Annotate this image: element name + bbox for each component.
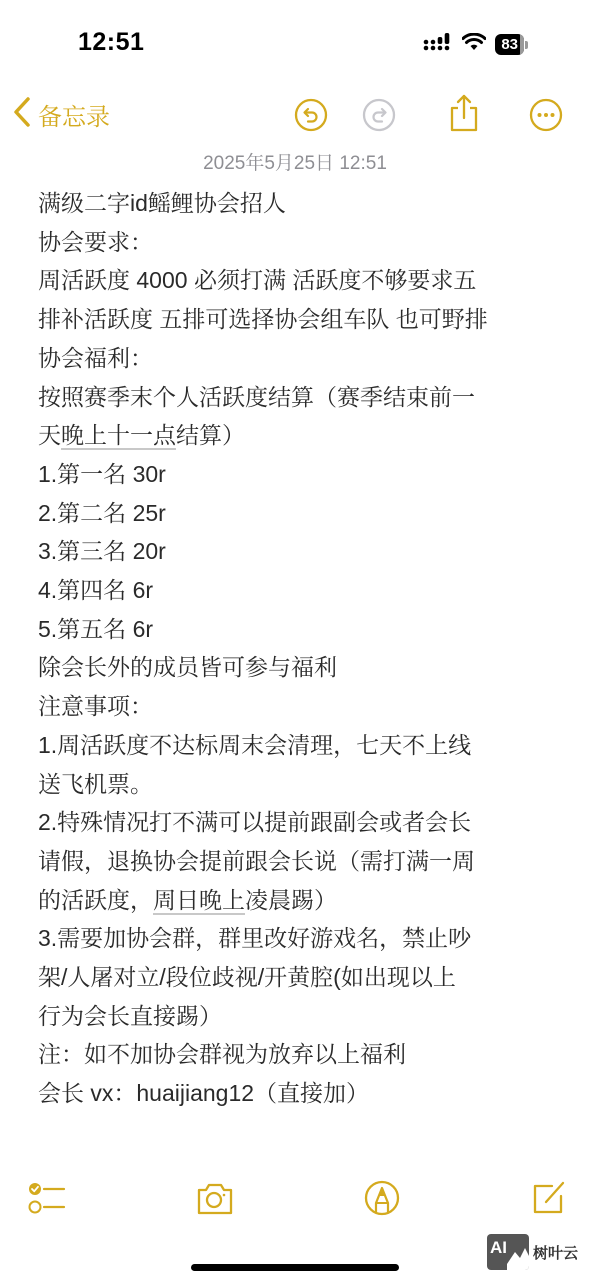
markup-icon [363,1206,403,1223]
note-line: 会长 vx：huaijiang12（直接加） [38,1074,558,1113]
note-line: 请假，退换协会提前跟会长说（需打满一周 [38,842,558,881]
share-icon [446,120,482,137]
note-title: 满级二字id鳐鲤协会招人 [38,184,558,223]
wifi-icon [462,33,486,56]
watermark-logo-icon: AI [487,1234,529,1270]
undo-icon [293,120,329,137]
more-button[interactable] [528,97,564,133]
note-line: 3.需要加协会群，群里改好游戏名，禁止吵 [38,919,558,958]
back-label: 备忘录 [38,97,110,132]
home-indicator[interactable] [191,1264,399,1271]
chevron-left-icon [12,96,32,133]
note-line: 1.周活跃度不达标周末会清理，七天不上线 [38,726,558,765]
bottom-toolbar [0,1175,590,1219]
note-line: 协会福利： [38,339,558,378]
camera-icon [195,1204,235,1221]
note-date: 2025年5月25日 12:51 [0,148,590,175]
note-line: 协会要求： [38,223,558,262]
battery-level: 83 [495,34,524,55]
note-line: 3.第三名 20r [38,532,558,571]
note-line: 除会长外的成员皆可参与福利 [38,648,558,687]
compose-button[interactable] [530,1179,568,1217]
redo-button[interactable] [361,97,397,133]
camera-button[interactable] [195,1179,233,1217]
checklist-button[interactable] [27,1179,65,1217]
watermark: AI 树叶云 [487,1234,578,1270]
note-line: 注：如不加协会群视为放弃以上福利 [38,1035,558,1074]
note-line: 4.第四名 6r [38,571,558,610]
note-line: 按照赛季末个人活跃度结算（赛季结束前一 [38,378,558,417]
note-body[interactable]: 满级二字id鳐鲤协会招人 协会要求： 周活跃度 4000 必须打满 活跃度不够要… [38,184,558,1113]
share-button[interactable] [446,93,482,129]
checklist-icon [27,1204,67,1221]
note-line: 2.第二名 25r [38,494,558,533]
back-button[interactable]: 备忘录 [12,96,110,133]
status-time: 12:51 [78,28,144,57]
note-line: 行为会长直接踢） [38,997,558,1036]
status-indicators: 83 [423,33,528,56]
note-line: 2.特殊情况打不满可以提前跟副会或者会长 [38,803,558,842]
note-line: 周活跃度 4000 必须打满 活跃度不够要求五 [38,261,558,300]
more-icon [528,120,564,137]
compose-icon [530,1204,570,1221]
note-line: 排补活跃度 五排可选择协会组车队 也可野排 [38,300,558,339]
markup-button[interactable] [363,1179,401,1217]
note-line: 送飞机票。 [38,765,558,804]
cellular-signal-icon [423,33,453,56]
battery-icon: 83 [495,34,528,55]
nav-bar: 备忘录 [0,90,590,140]
status-bar: 12:51 83 [0,0,590,80]
note-line: 5.第五名 6r [38,610,558,649]
note-line: 天晚上十一点结算） [38,416,558,455]
note-line: 的活跃度，周日晚上凌晨踢） [38,881,558,920]
note-line: 注意事项： [38,687,558,726]
detected-datetime-link[interactable]: 晚上十一点 [61,422,176,450]
undo-button[interactable] [293,97,329,133]
note-line: 架/人屠对立/段位歧视/开黄腔(如出现以上 [38,958,558,997]
redo-icon [361,120,397,137]
note-line: 1.第一名 30r [38,455,558,494]
watermark-label: 树叶云 [533,1242,578,1263]
detected-datetime-link[interactable]: 周日晚上 [153,887,245,915]
